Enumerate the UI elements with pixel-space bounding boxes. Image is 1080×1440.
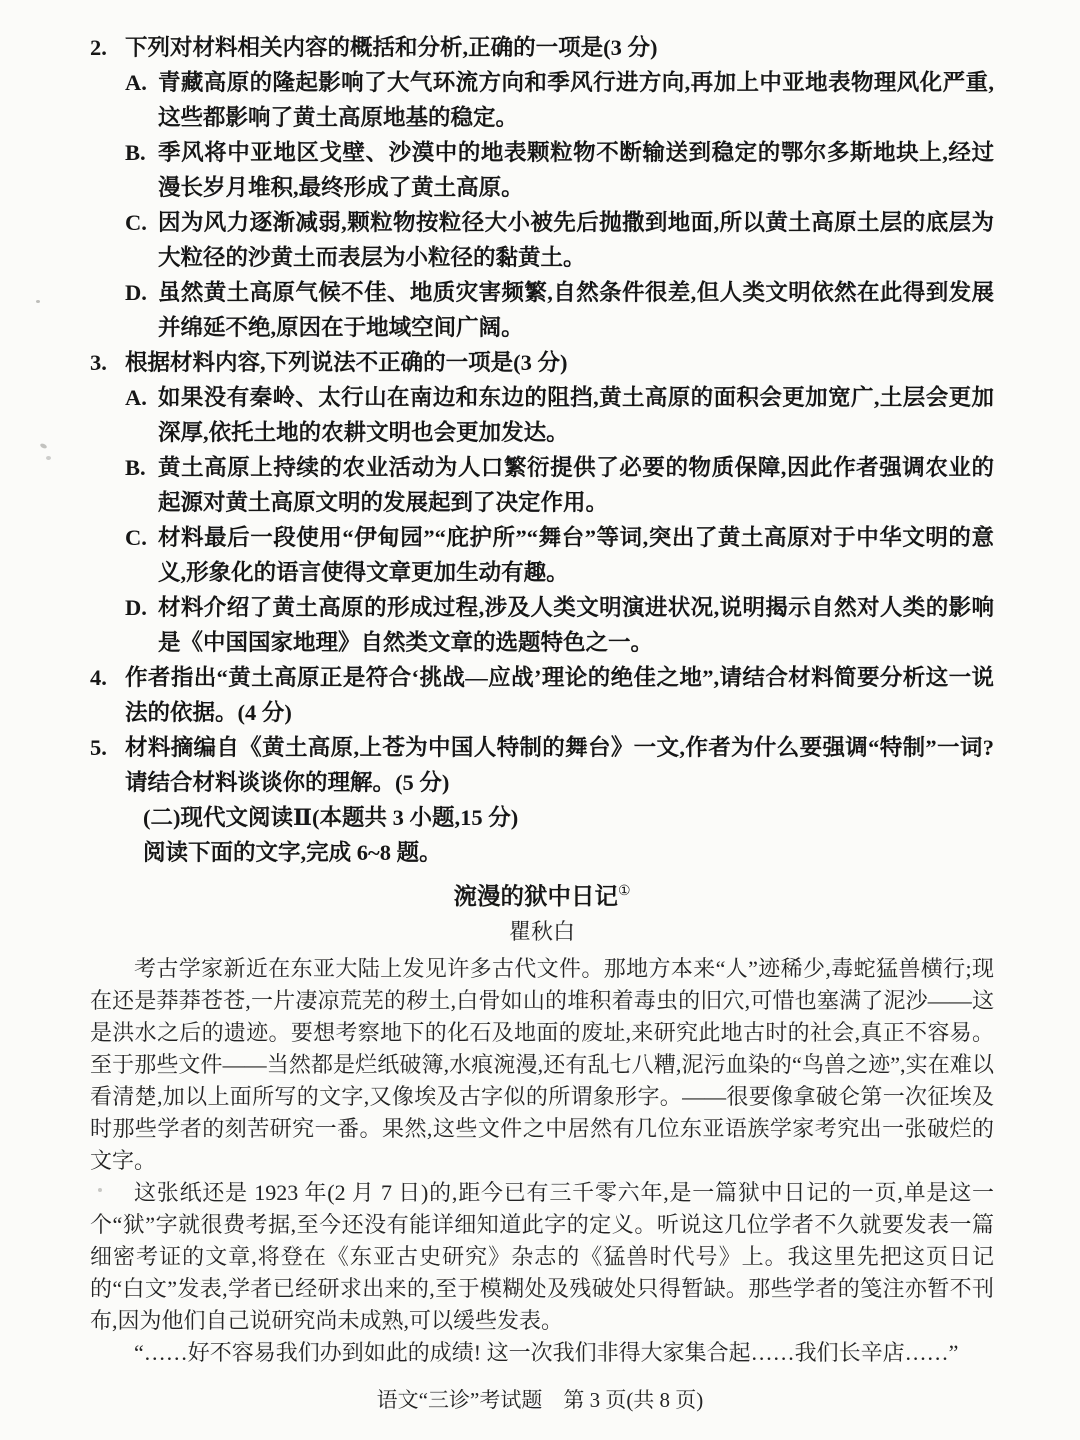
question-4: 4. 作者指出“黄土高原正是符合‘挑战—应战’理论的绝佳之地”,请结合材料简要分… bbox=[90, 660, 994, 730]
question-stem: 作者指出“黄土高原正是符合‘挑战—应战’理论的绝佳之地”,请结合材料简要分析这一… bbox=[125, 660, 994, 730]
exam-page: 2. 下列对材料相关内容的概括和分析,正确的一项是(3 分) A. 青藏高原的隆… bbox=[0, 0, 1080, 1440]
question-5: 5. 材料摘编自《黄土高原,上苍为中国人特制的舞台》一文,作者为什么要强调“特制… bbox=[90, 730, 994, 800]
option-text: 黄土高原上持续的农业活动为人口繁衍提供了必要的物质保障,因此作者强调农业的起源对… bbox=[158, 450, 994, 520]
option-text: 如果没有秦岭、太行山在南边和东边的阻挡,黄土高原的面积会更加宽广,土层会更加深厚… bbox=[158, 380, 994, 450]
passage-title: 涴漫的狱中日记① bbox=[90, 874, 994, 915]
scan-speck bbox=[39, 443, 47, 450]
option-b: B. 季风将中亚地区戈壁、沙漠中的地表颗粒物不断输送到稳定的鄂尔多斯地块上,经过… bbox=[125, 135, 994, 205]
option-label: B. bbox=[125, 135, 146, 170]
scan-speck bbox=[98, 1188, 102, 1192]
option-label: D. bbox=[125, 590, 147, 625]
question-2: 2. 下列对材料相关内容的概括和分析,正确的一项是(3 分) A. 青藏高原的隆… bbox=[90, 30, 994, 345]
section-instruction: 阅读下面的文字,完成 6~8 题。 bbox=[143, 835, 994, 870]
option-list: A. 青藏高原的隆起影响了大气环流方向和季风行进方向,再加上中亚地表物理风化严重… bbox=[125, 65, 994, 345]
question-section: 2. 下列对材料相关内容的概括和分析,正确的一项是(3 分) A. 青藏高原的隆… bbox=[90, 30, 994, 870]
question-stem: 下列对材料相关内容的概括和分析,正确的一项是(3 分) bbox=[125, 30, 994, 65]
option-label: A. bbox=[125, 380, 147, 415]
question-number: 5. bbox=[90, 730, 107, 765]
question-3: 3. 根据材料内容,下列说法不正确的一项是(3 分) A. 如果没有秦岭、太行山… bbox=[90, 345, 994, 660]
option-c: C. 因为风力逐渐减弱,颗粒物按粒径大小被先后抛撒到地面,所以黄土高原土层的底层… bbox=[125, 205, 994, 275]
footnote-marker: ① bbox=[618, 884, 631, 899]
option-c: C. 材料最后一段使用“伊甸园”“庇护所”“舞台”等词,突出了黄土高原对于中华文… bbox=[125, 520, 994, 590]
option-label: B. bbox=[125, 450, 146, 485]
option-text: 材料最后一段使用“伊甸园”“庇护所”“舞台”等词,突出了黄土高原对于中华文明的意… bbox=[158, 520, 994, 590]
option-label: C. bbox=[125, 520, 147, 555]
option-b: B. 黄土高原上持续的农业活动为人口繁衍提供了必要的物质保障,因此作者强调农业的… bbox=[125, 450, 994, 520]
option-label: C. bbox=[125, 205, 147, 240]
question-stem: 材料摘编自《黄土高原,上苍为中国人特制的舞台》一文,作者为什么要强调“特制”一词… bbox=[125, 730, 994, 800]
question-number: 2. bbox=[90, 30, 107, 65]
option-a: A. 青藏高原的隆起影响了大气环流方向和季风行进方向,再加上中亚地表物理风化严重… bbox=[125, 65, 994, 135]
option-label: D. bbox=[125, 275, 147, 310]
option-text: 季风将中亚地区戈壁、沙漠中的地表颗粒物不断输送到稳定的鄂尔多斯地块上,经过漫长岁… bbox=[158, 135, 994, 205]
option-a: A. 如果没有秦岭、太行山在南边和东边的阻挡,黄土高原的面积会更加宽广,土层会更… bbox=[125, 380, 994, 450]
passage-title-text: 涴漫的狱中日记 bbox=[453, 884, 618, 910]
option-label: A. bbox=[125, 65, 147, 100]
section-header: (二)现代文阅读Ⅱ(本题共 3 小题,15 分) bbox=[143, 800, 994, 835]
reading-passage: 涴漫的狱中日记① 瞿秋白 考古学家新近在东亚大陆上发见许多古代文件。那地方本来“… bbox=[90, 874, 994, 1369]
question-stem: 根据材料内容,下列说法不正确的一项是(3 分) bbox=[125, 345, 994, 380]
page-footer: 语文“三诊”考试题 第 3 页(共 8 页) bbox=[0, 1384, 1080, 1414]
option-list: A. 如果没有秦岭、太行山在南边和东边的阻挡,黄土高原的面积会更加宽广,土层会更… bbox=[125, 380, 994, 660]
passage-paragraph: 这张纸还是 1923 年(2 月 7 日)的,距今已有三千零六年,是一篇狱中日记… bbox=[90, 1177, 994, 1337]
option-text: 材料介绍了黄土高原的形成过程,涉及人类文明演进状况,说明揭示自然对人类的影响是《… bbox=[158, 590, 994, 660]
passage-author: 瞿秋白 bbox=[90, 915, 994, 949]
passage-paragraph: 考古学家新近在东亚大陆上发见许多古代文件。那地方本来“人”迹稀少,毒蛇猛兽横行;… bbox=[90, 953, 994, 1177]
option-text: 青藏高原的隆起影响了大气环流方向和季风行进方向,再加上中亚地表物理风化严重,这些… bbox=[158, 65, 994, 135]
option-text: 虽然黄土高原气候不佳、地质灾害频繁,自然条件很差,但人类文明依然在此得到发展并绵… bbox=[158, 275, 994, 345]
question-number: 3. bbox=[90, 345, 107, 380]
scan-speck bbox=[36, 300, 40, 303]
passage-paragraph: “……好不容易我们办到如此的成绩! 这一次我们非得大家集合起……我们长辛店……” bbox=[90, 1337, 994, 1369]
scan-speck bbox=[46, 456, 51, 460]
option-text: 因为风力逐渐减弱,颗粒物按粒径大小被先后抛撒到地面,所以黄土高原土层的底层为大粒… bbox=[158, 205, 994, 275]
option-d: D. 虽然黄土高原气候不佳、地质灾害频繁,自然条件很差,但人类文明依然在此得到发… bbox=[125, 275, 994, 345]
question-number: 4. bbox=[90, 660, 107, 695]
option-d: D. 材料介绍了黄土高原的形成过程,涉及人类文明演进状况,说明揭示自然对人类的影… bbox=[125, 590, 994, 660]
